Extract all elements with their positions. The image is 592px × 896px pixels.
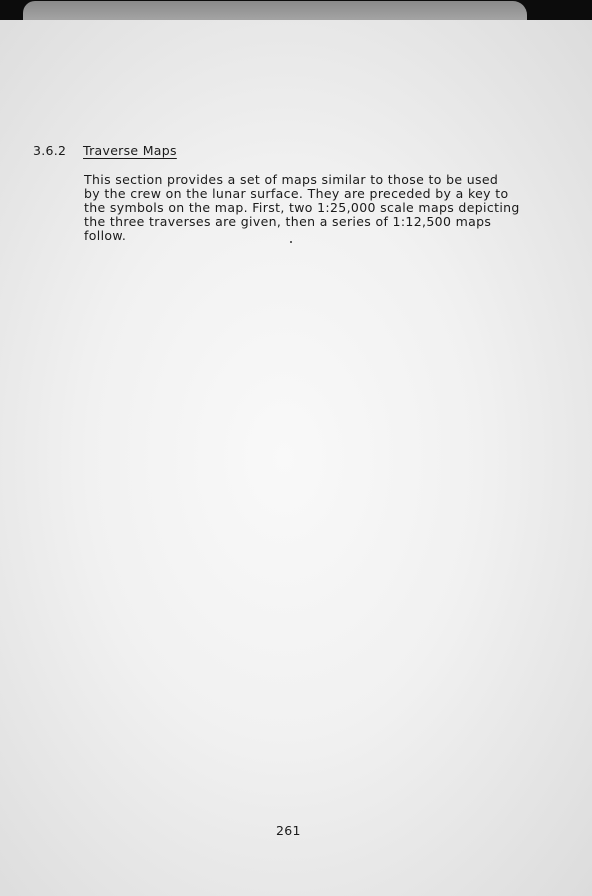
section-number: 3.6.2 (33, 143, 83, 158)
page-number: 261 (276, 823, 301, 838)
section-title: Traverse Maps (83, 143, 177, 158)
body-paragraph: This section provides a set of maps simi… (84, 173, 554, 243)
scan-speck (290, 241, 292, 243)
section-heading: 3.6.2Traverse Maps (33, 143, 177, 158)
